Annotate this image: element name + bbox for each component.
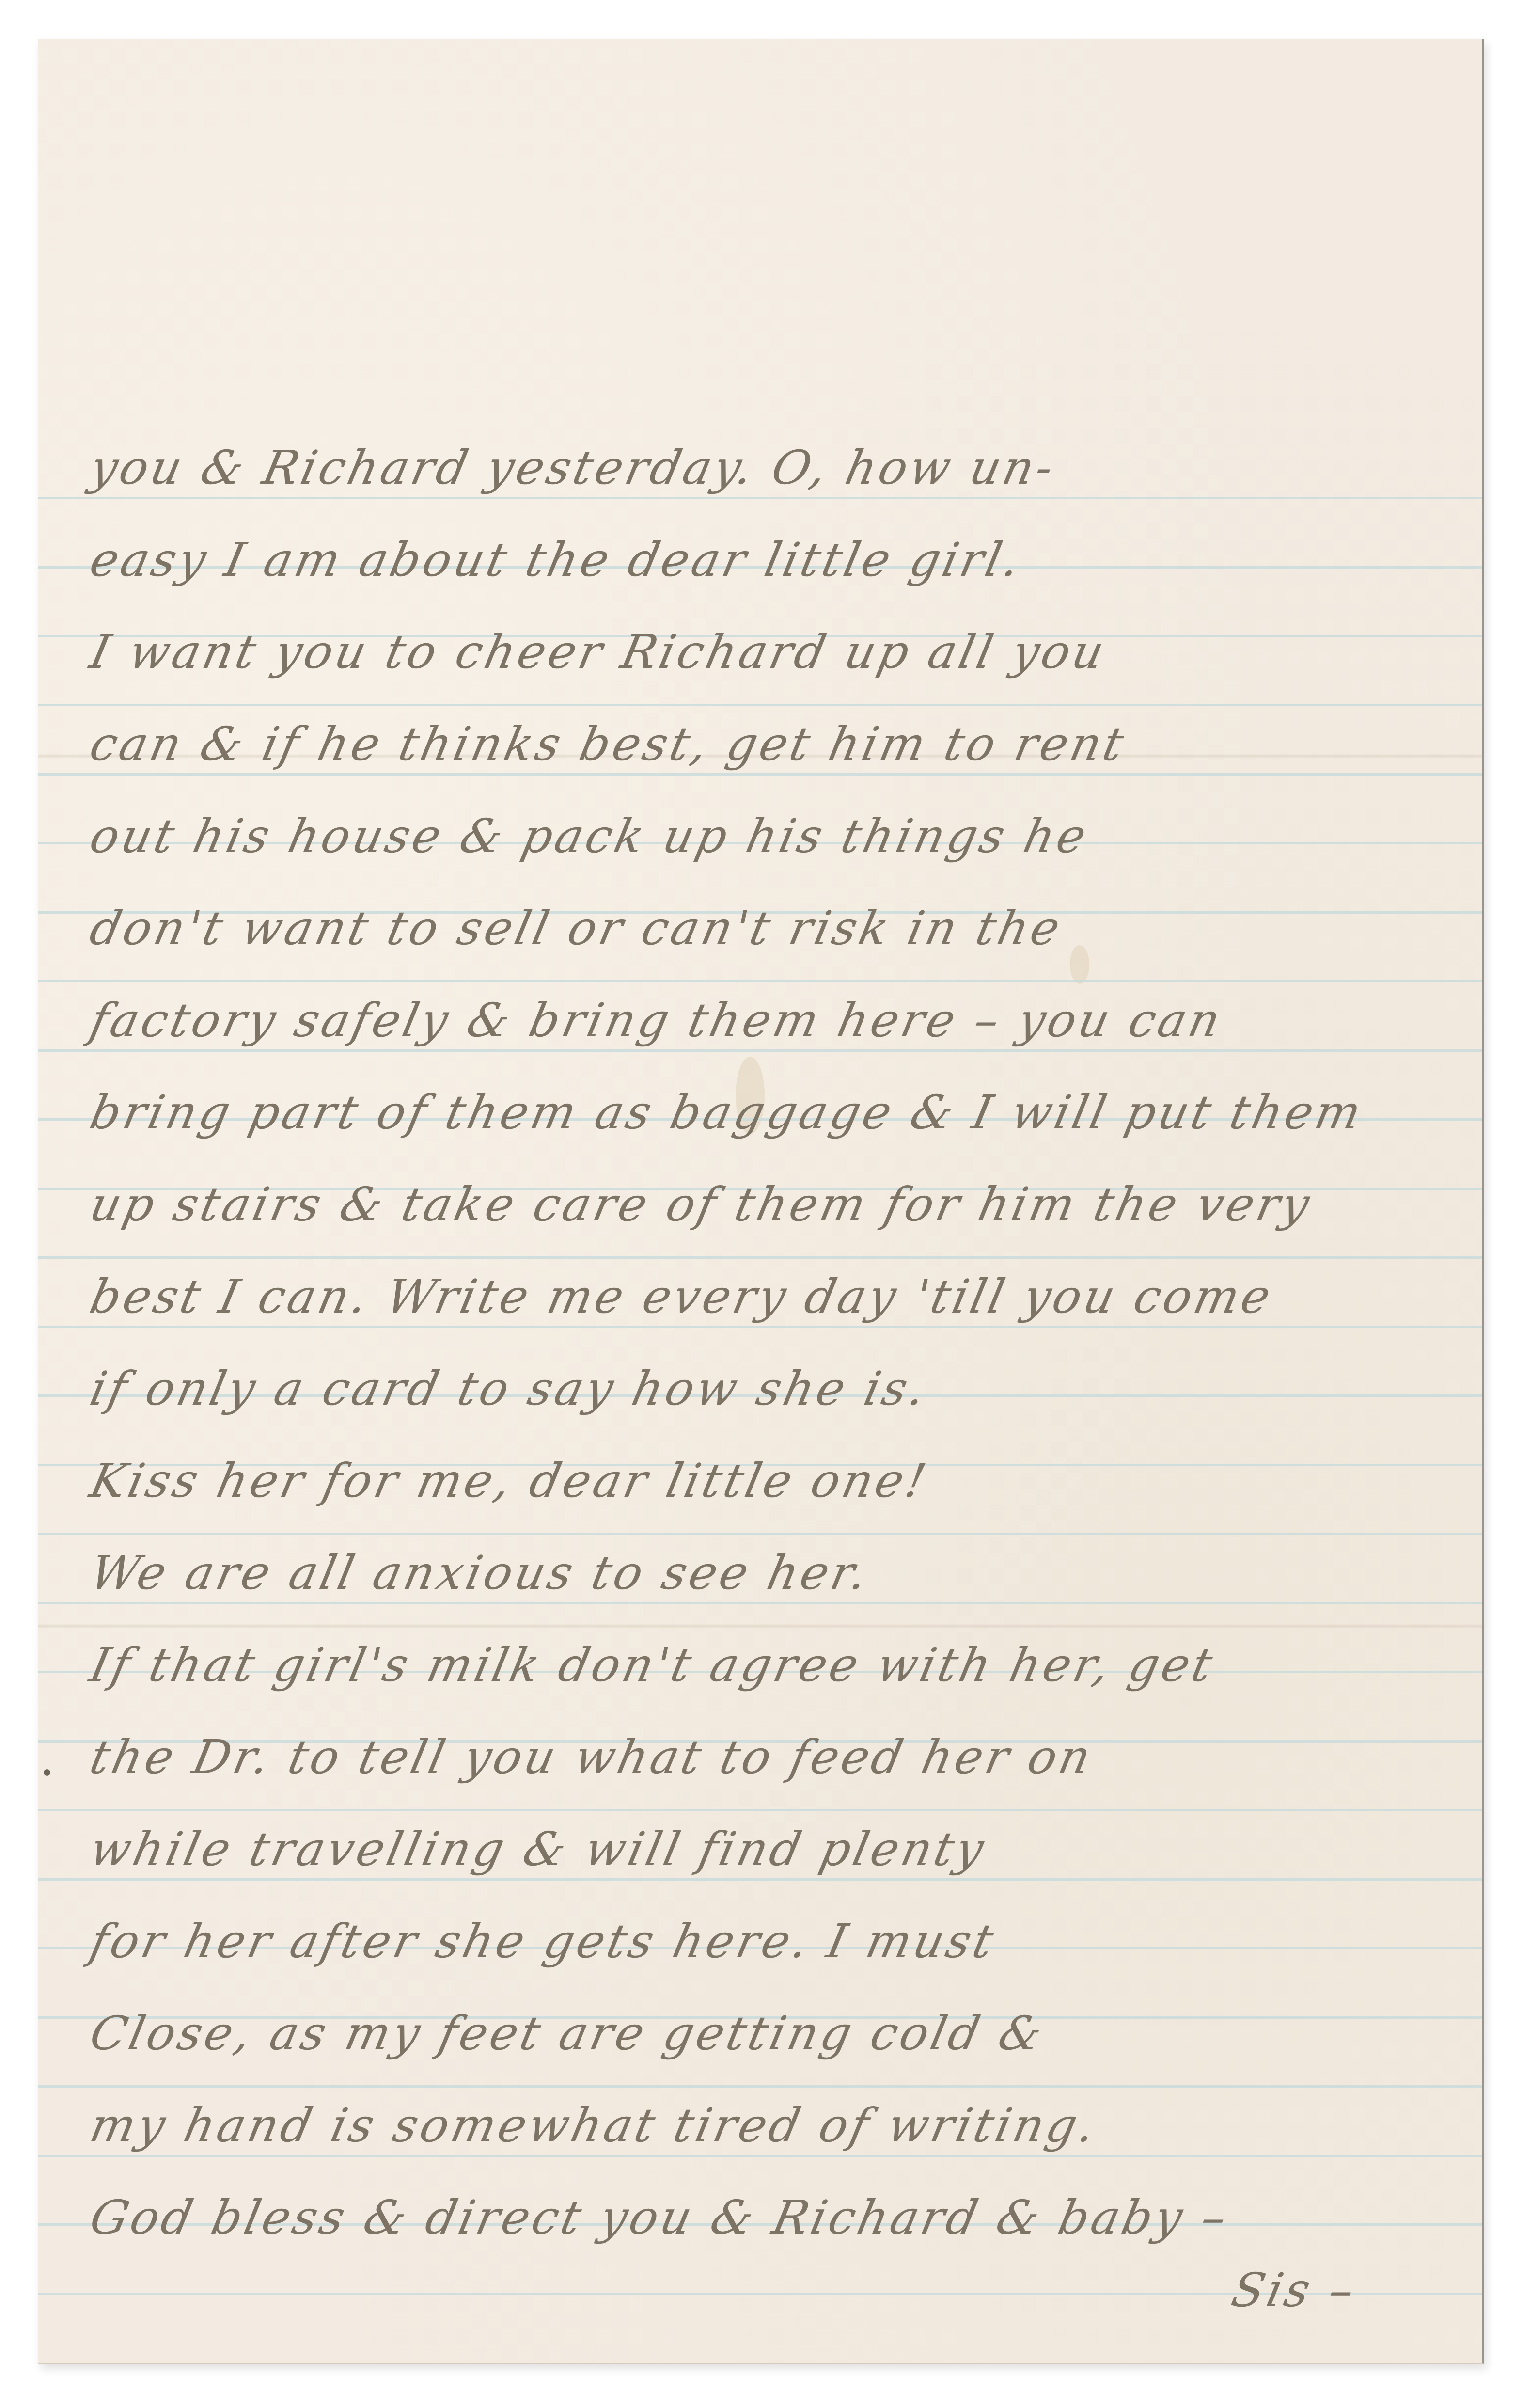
ruled-line: [38, 980, 1482, 982]
letter-line: if only a card to say how she is.: [84, 1357, 1469, 1420]
letter-line: while travelling & will find plenty: [84, 1818, 1469, 1881]
letter-line: Kiss her for me, dear little one!: [84, 1449, 1469, 1512]
paper-fold-crease: [38, 1624, 1482, 1629]
letter-line: can & if he thinks best, get him to rent: [84, 713, 1469, 776]
letter-line: the Dr. to tell you what to feed her on: [84, 1726, 1469, 1789]
letter-line: for her after she gets here. I must: [84, 1910, 1469, 1973]
letter-line: up stairs & take care of them for him th…: [84, 1173, 1469, 1236]
ink-blot: [44, 1769, 50, 1776]
ruled-line: [38, 1809, 1482, 1811]
letter-line: don't want to sell or can't risk in the: [84, 897, 1469, 960]
letter-line: Close, as my feet are getting cold &: [84, 2002, 1469, 2065]
ruled-line: [38, 704, 1482, 706]
letter-line: factory safely & bring them here – you c…: [84, 989, 1469, 1052]
ruled-line: [38, 1256, 1482, 1259]
letter-line: I want you to cheer Richard up all you: [84, 620, 1469, 683]
letter-line: out his house & pack up his things he: [84, 805, 1469, 868]
letter-line: best I can. Write me every day 'till you…: [84, 1265, 1469, 1328]
letter-line: bring part of them as baggage & I will p…: [84, 1081, 1469, 1144]
letter-line: We are all anxious to see her.: [84, 1541, 1469, 1604]
ruled-line: [38, 1533, 1482, 1535]
letter-line: my hand is somewhat tired of writing.: [84, 2094, 1469, 2157]
letter-line: easy I am about the dear little girl.: [84, 528, 1469, 591]
letter-line: If that girl's milk don't agree with her…: [84, 1633, 1469, 1696]
letter-line: God bless & direct you & Richard & baby …: [84, 2186, 1469, 2249]
signature: Sis –: [1226, 2259, 1363, 2322]
letter-line: you & Richard yesterday. O, how un-: [84, 436, 1469, 499]
ruled-line: [38, 2085, 1482, 2088]
letter-page: you & Richard yesterday. O, how un- easy…: [38, 39, 1484, 2364]
